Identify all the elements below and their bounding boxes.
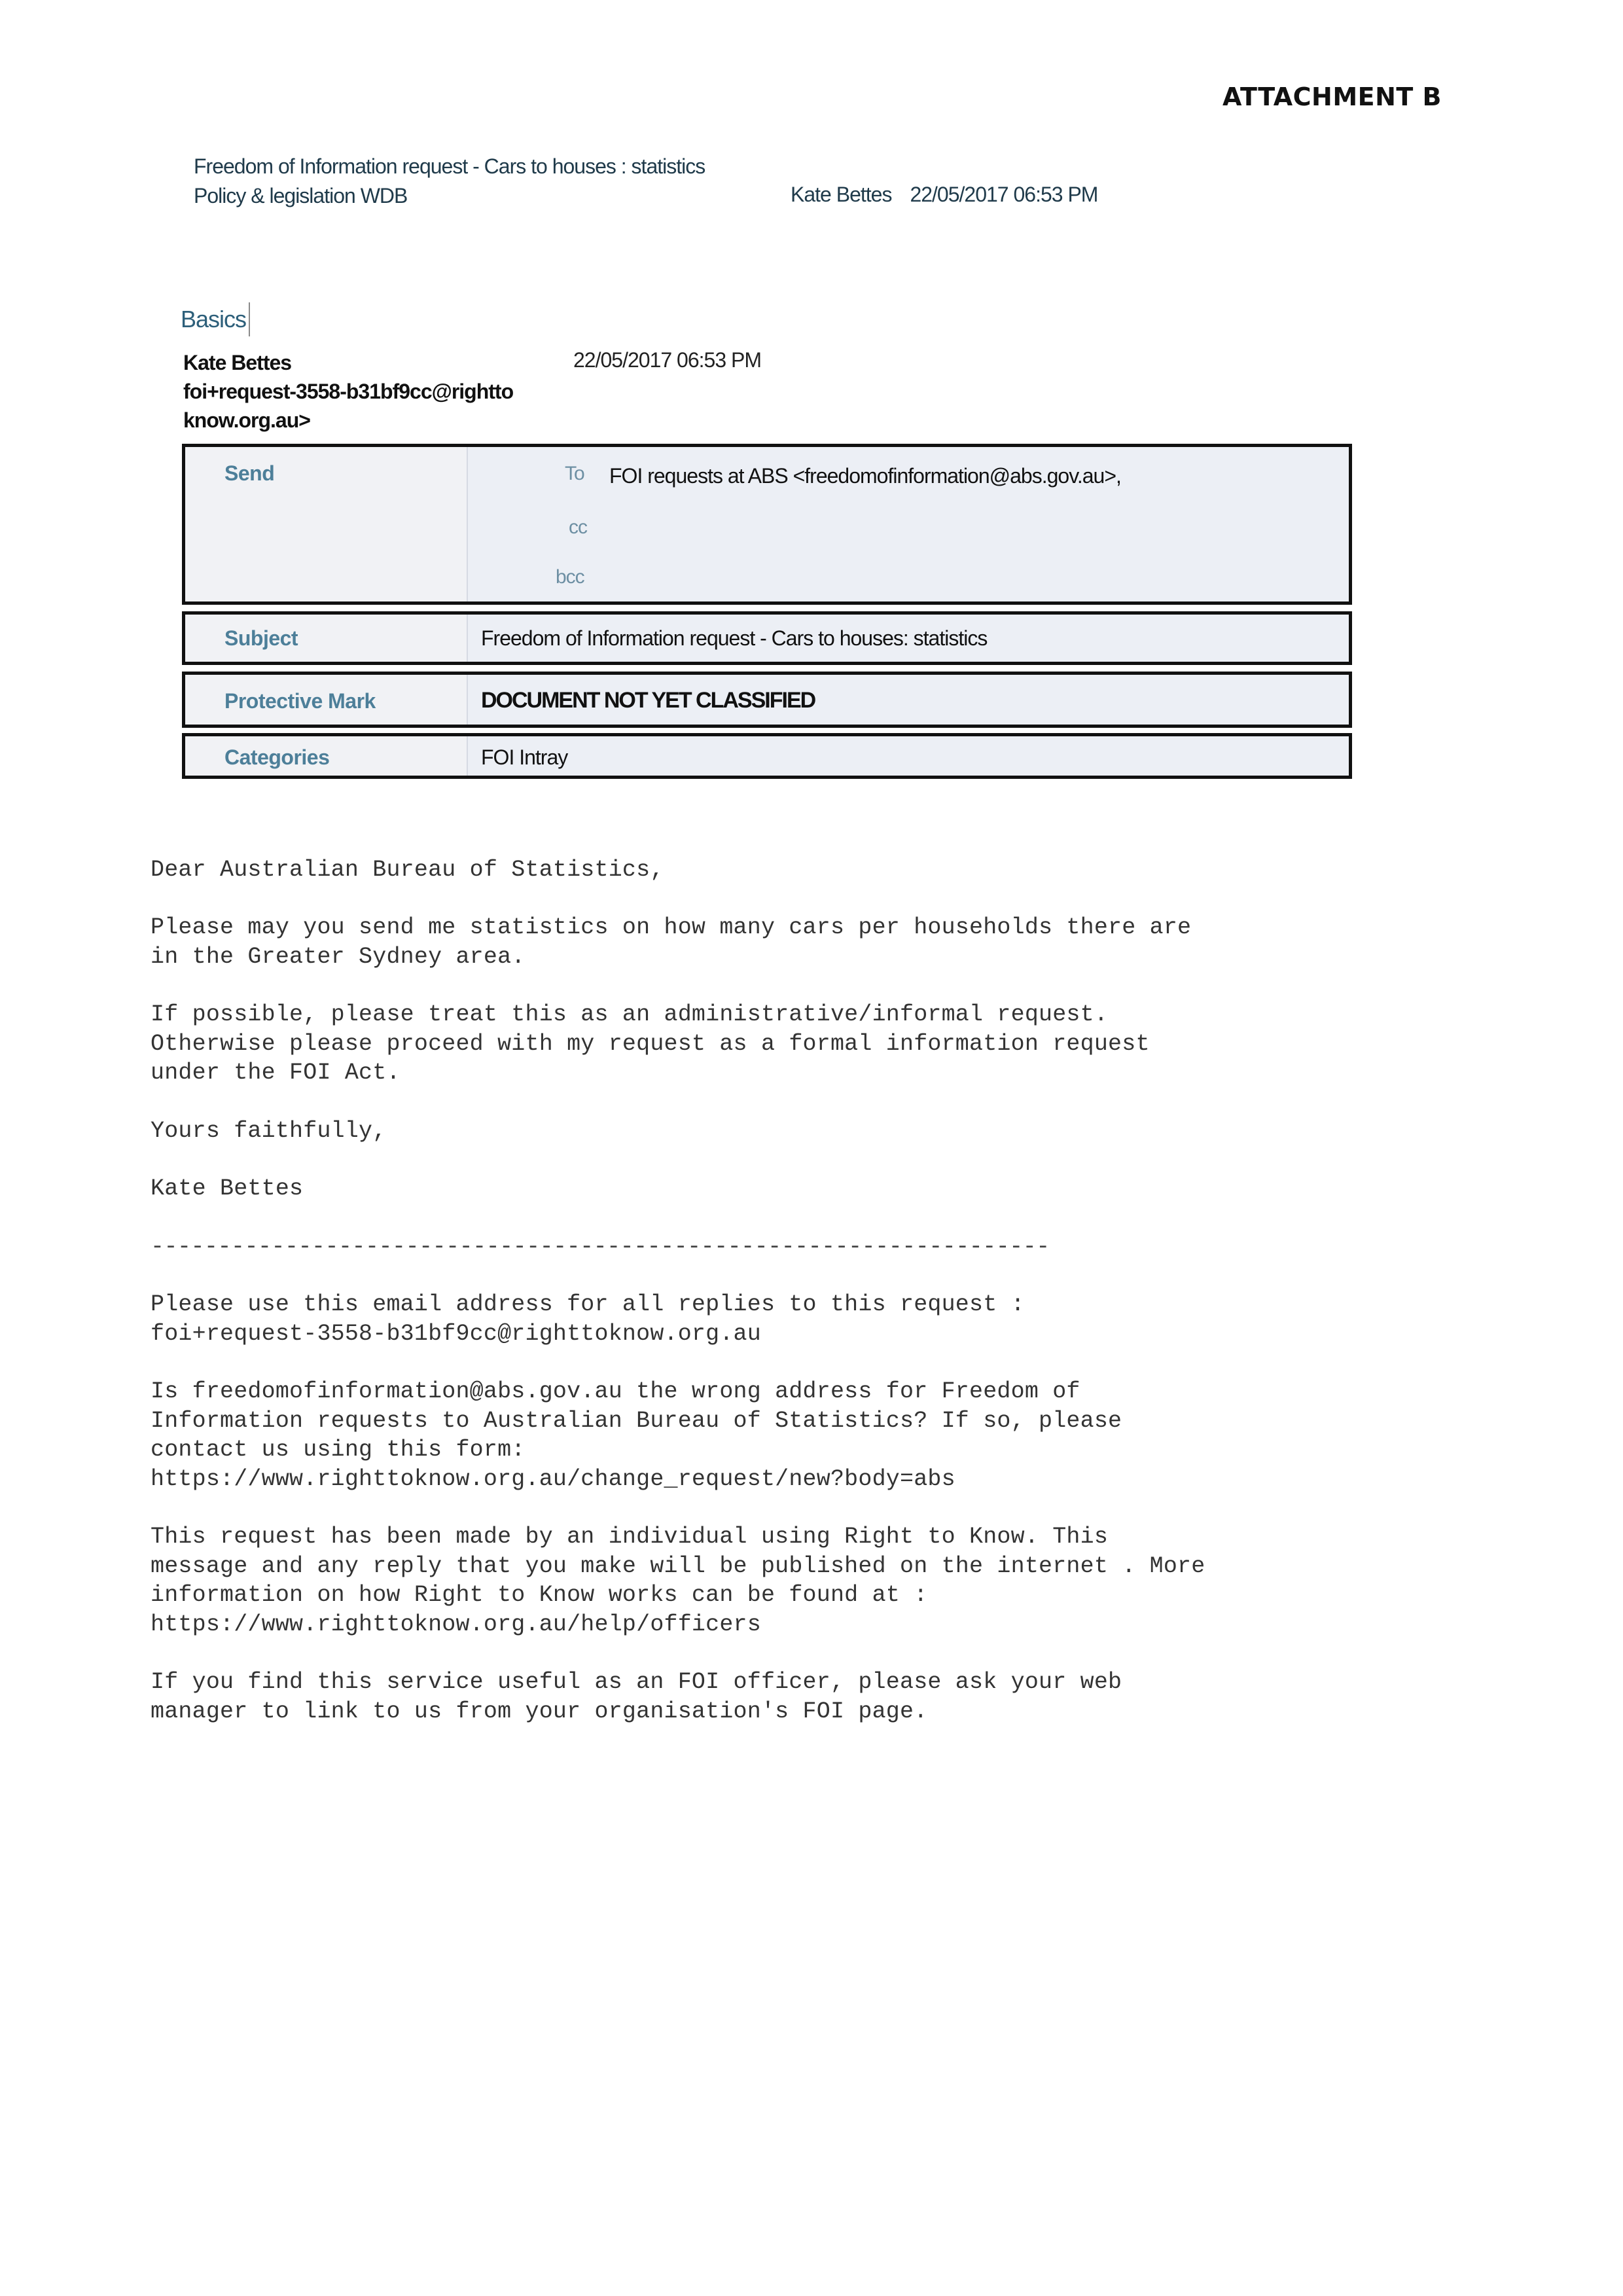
subject-label: Subject [224, 626, 298, 651]
to-label: To [565, 463, 584, 485]
greeting: Dear Australian Bureau of Statistics, [151, 855, 1205, 885]
from-name: Kate Bettes [791, 183, 891, 206]
sent-date: 22/05/2017 06:53 PM [573, 348, 761, 372]
send-section: Send To FOI requests at ABS <freedomofin… [182, 444, 1352, 605]
sender-email-line2: know.org.au> [183, 406, 513, 435]
sender-name: Kate Bettes [183, 348, 513, 377]
paragraph-request: Please may you send me statistics on how… [151, 913, 1205, 971]
categories-label-cell: Categories [185, 736, 468, 776]
subject-label-cell: Subject [185, 615, 468, 662]
tab-basics[interactable]: Basics [181, 302, 250, 336]
to-field[interactable]: FOI requests at ABS <freedomofinformatio… [609, 464, 1121, 488]
subject-field[interactable]: Freedom of Information request - Cars to… [481, 626, 987, 651]
protective-mark-label-cell: Protective Mark [185, 675, 468, 725]
attachment-label: ATTACHMENT B [1222, 82, 1442, 111]
protective-mark-label: Protective Mark [224, 689, 376, 713]
mailbox-name: Policy & legislation WDB [194, 184, 407, 208]
send-label: Send [224, 461, 274, 486]
footer-officer-request: If you find this service useful as an FO… [151, 1668, 1205, 1726]
paragraph-informal: If possible, please treat this as an adm… [151, 1000, 1205, 1088]
signature: Kate Bettes [151, 1174, 1205, 1204]
message-body: Dear Australian Bureau of Statistics,Ple… [151, 826, 1205, 1784]
email-from-meta: Kate Bettes22/05/2017 06:53 PM [791, 183, 1097, 207]
protective-mark-section: Protective Mark DOCUMENT NOT YET CLASSIF… [182, 672, 1352, 728]
bcc-label: bcc [556, 566, 584, 588]
from-date: 22/05/2017 06:53 PM [910, 183, 1097, 206]
categories-field[interactable]: FOI Intray [481, 745, 567, 770]
categories-label: Categories [224, 745, 329, 770]
footer-reply-address: Please use this email address for all re… [151, 1290, 1205, 1348]
sender-block: Kate Bettes foi+request-3558-b31bf9cc@ri… [183, 348, 513, 435]
divider: ----------------------------------------… [151, 1232, 1205, 1262]
subject-section: Subject Freedom of Information request -… [182, 611, 1352, 665]
cc-label: cc [569, 516, 587, 539]
categories-section: Categories FOI Intray [182, 733, 1352, 779]
sender-email-line1: foi+request-3558-b31bf9cc@rightto [183, 377, 513, 406]
send-label-cell: Send [185, 447, 468, 601]
email-title: Freedom of Information request - Cars to… [194, 154, 705, 179]
signoff: Yours faithfully, [151, 1117, 1205, 1146]
footer-wrong-address: Is freedomofinformation@abs.gov.au the w… [151, 1377, 1205, 1494]
footer-publication-notice: This request has been made by an individ… [151, 1522, 1205, 1639]
protective-mark-field[interactable]: DOCUMENT NOT YET CLASSIFIED [481, 688, 815, 713]
